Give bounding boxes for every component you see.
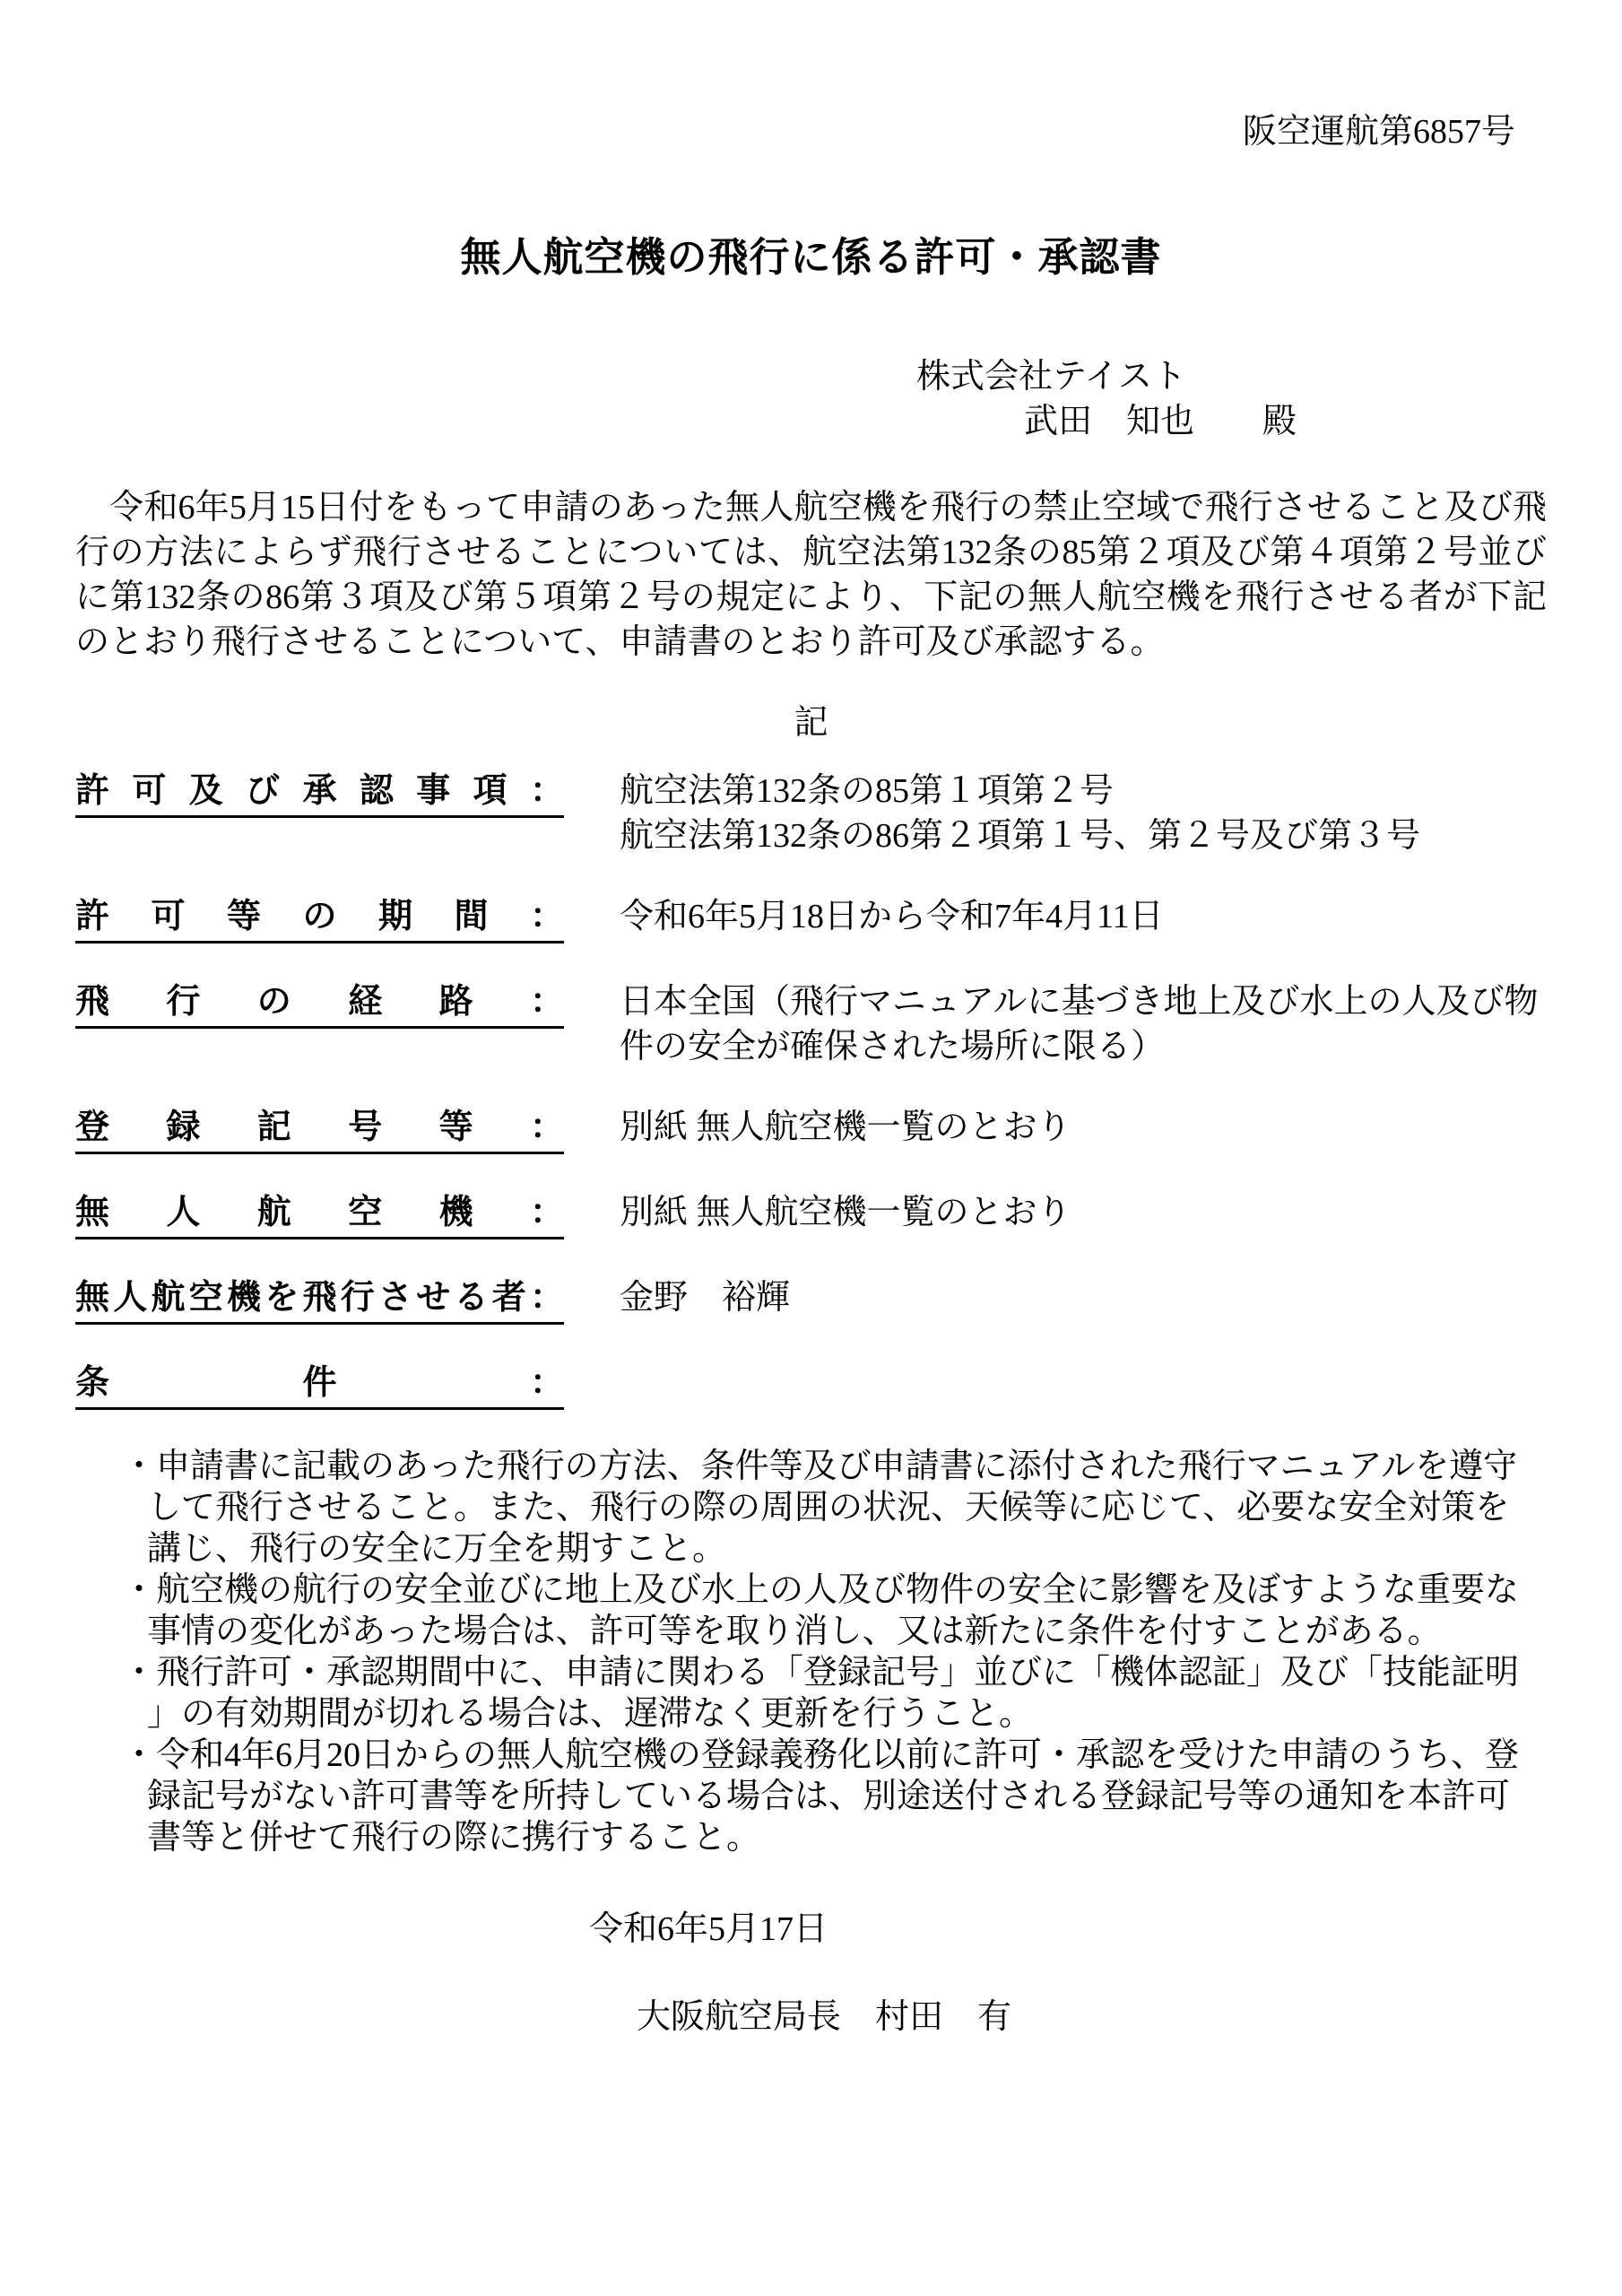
item-label: 無人航空機を飛行させる者： [75, 1275, 564, 1325]
addressee-block: 株式会社テイスト 武田 知也 殿 [75, 354, 1547, 444]
issue-date: 令和6年5月17日 [75, 1907, 1547, 1952]
item-row-approval-matters: 許可及び承認事項： 航空法第132条の85第１項第２号 航空法第132条の86第… [75, 769, 1547, 858]
item-value: 航空法第132条の85第１項第２号 航空法第132条の86第２項第１号、第２号及… [620, 769, 1547, 858]
item-label: 登録記号等： [75, 1105, 564, 1154]
condition-item-3: ・飛行許可・承認期間中に、申請に関わる「登録記号」並びに「機体認証」及び「技能証… [122, 1652, 1547, 1735]
issuer-signature: 大阪航空局長 村田 有 [75, 1995, 1547, 2039]
item-value: 令和6年5月18日から令和7年4月11日 [620, 894, 1547, 939]
item-label: 許可及び承認事項： [75, 769, 564, 818]
condition-item-2: ・航空機の航行の安全並びに地上及び水上の人及び物件の安全に影響を及ぼすような重要… [122, 1570, 1547, 1652]
item-row-flight-route: 飛行の経路： 日本全国（飛行マニュアルに基づき地上及び水上の人及び物 件の安全が… [75, 979, 1547, 1069]
document-page: 阪空運航第6857号 無人航空機の飛行に係る許可・承認書 株式会社テイスト 武田… [0, 0, 1622, 2296]
item-row-permit-period: 許可等の期間： 令和6年5月18日から令和7年4月11日 [75, 894, 1547, 944]
condition-item-1: ・申請書に記載のあった飛行の方法、条件等及び申請書に添付された飛行マニュアルを遵… [122, 1446, 1547, 1570]
condition-item-4: ・令和4年6月20日からの無人航空機の登録義務化以前に許可・承認を受けた申請のう… [122, 1735, 1547, 1858]
item-row-registration-mark: 登録記号等： 別紙 無人航空機一覧のとおり [75, 1105, 1547, 1154]
item-row-operator: 無人航空機を飛行させる者： 金野 裕輝 [75, 1275, 1547, 1325]
item-value: 別紙 無人航空機一覧のとおり [620, 1105, 1547, 1150]
document-number: 阪空運航第6857号 [75, 0, 1547, 154]
item-label: 条件： [75, 1361, 564, 1410]
item-label: 許可等の期間： [75, 894, 564, 944]
body-paragraph: 令和6年5月15日付をもって申請のあった無人航空機を飛行の禁止空域で飛行させるこ… [75, 485, 1547, 665]
items-list: 許可及び承認事項： 航空法第132条の85第１項第２号 航空法第132条の86第… [75, 769, 1547, 1410]
conditions-list: ・申請書に記載のあった飛行の方法、条件等及び申請書に添付された飛行マニュアルを遵… [75, 1446, 1547, 1858]
addressee-person: 武田 知也 殿 [1024, 399, 1547, 444]
item-label: 飛行の経路： [75, 979, 564, 1029]
page-title: 無人航空機の飛行に係る許可・承認書 [75, 230, 1547, 284]
item-row-conditions: 条件： [75, 1361, 1547, 1410]
item-value: 金野 裕輝 [620, 1275, 1547, 1320]
record-heading: 記 [75, 700, 1547, 745]
item-label: 無人航空機： [75, 1190, 564, 1239]
item-row-uav: 無人航空機： 別紙 無人航空機一覧のとおり [75, 1190, 1547, 1239]
item-value: 別紙 無人航空機一覧のとおり [620, 1190, 1547, 1235]
item-value: 日本全国（飛行マニュアルに基づき地上及び水上の人及び物 件の安全が確保された場所… [620, 979, 1547, 1069]
addressee-company: 株式会社テイスト [916, 354, 1547, 399]
